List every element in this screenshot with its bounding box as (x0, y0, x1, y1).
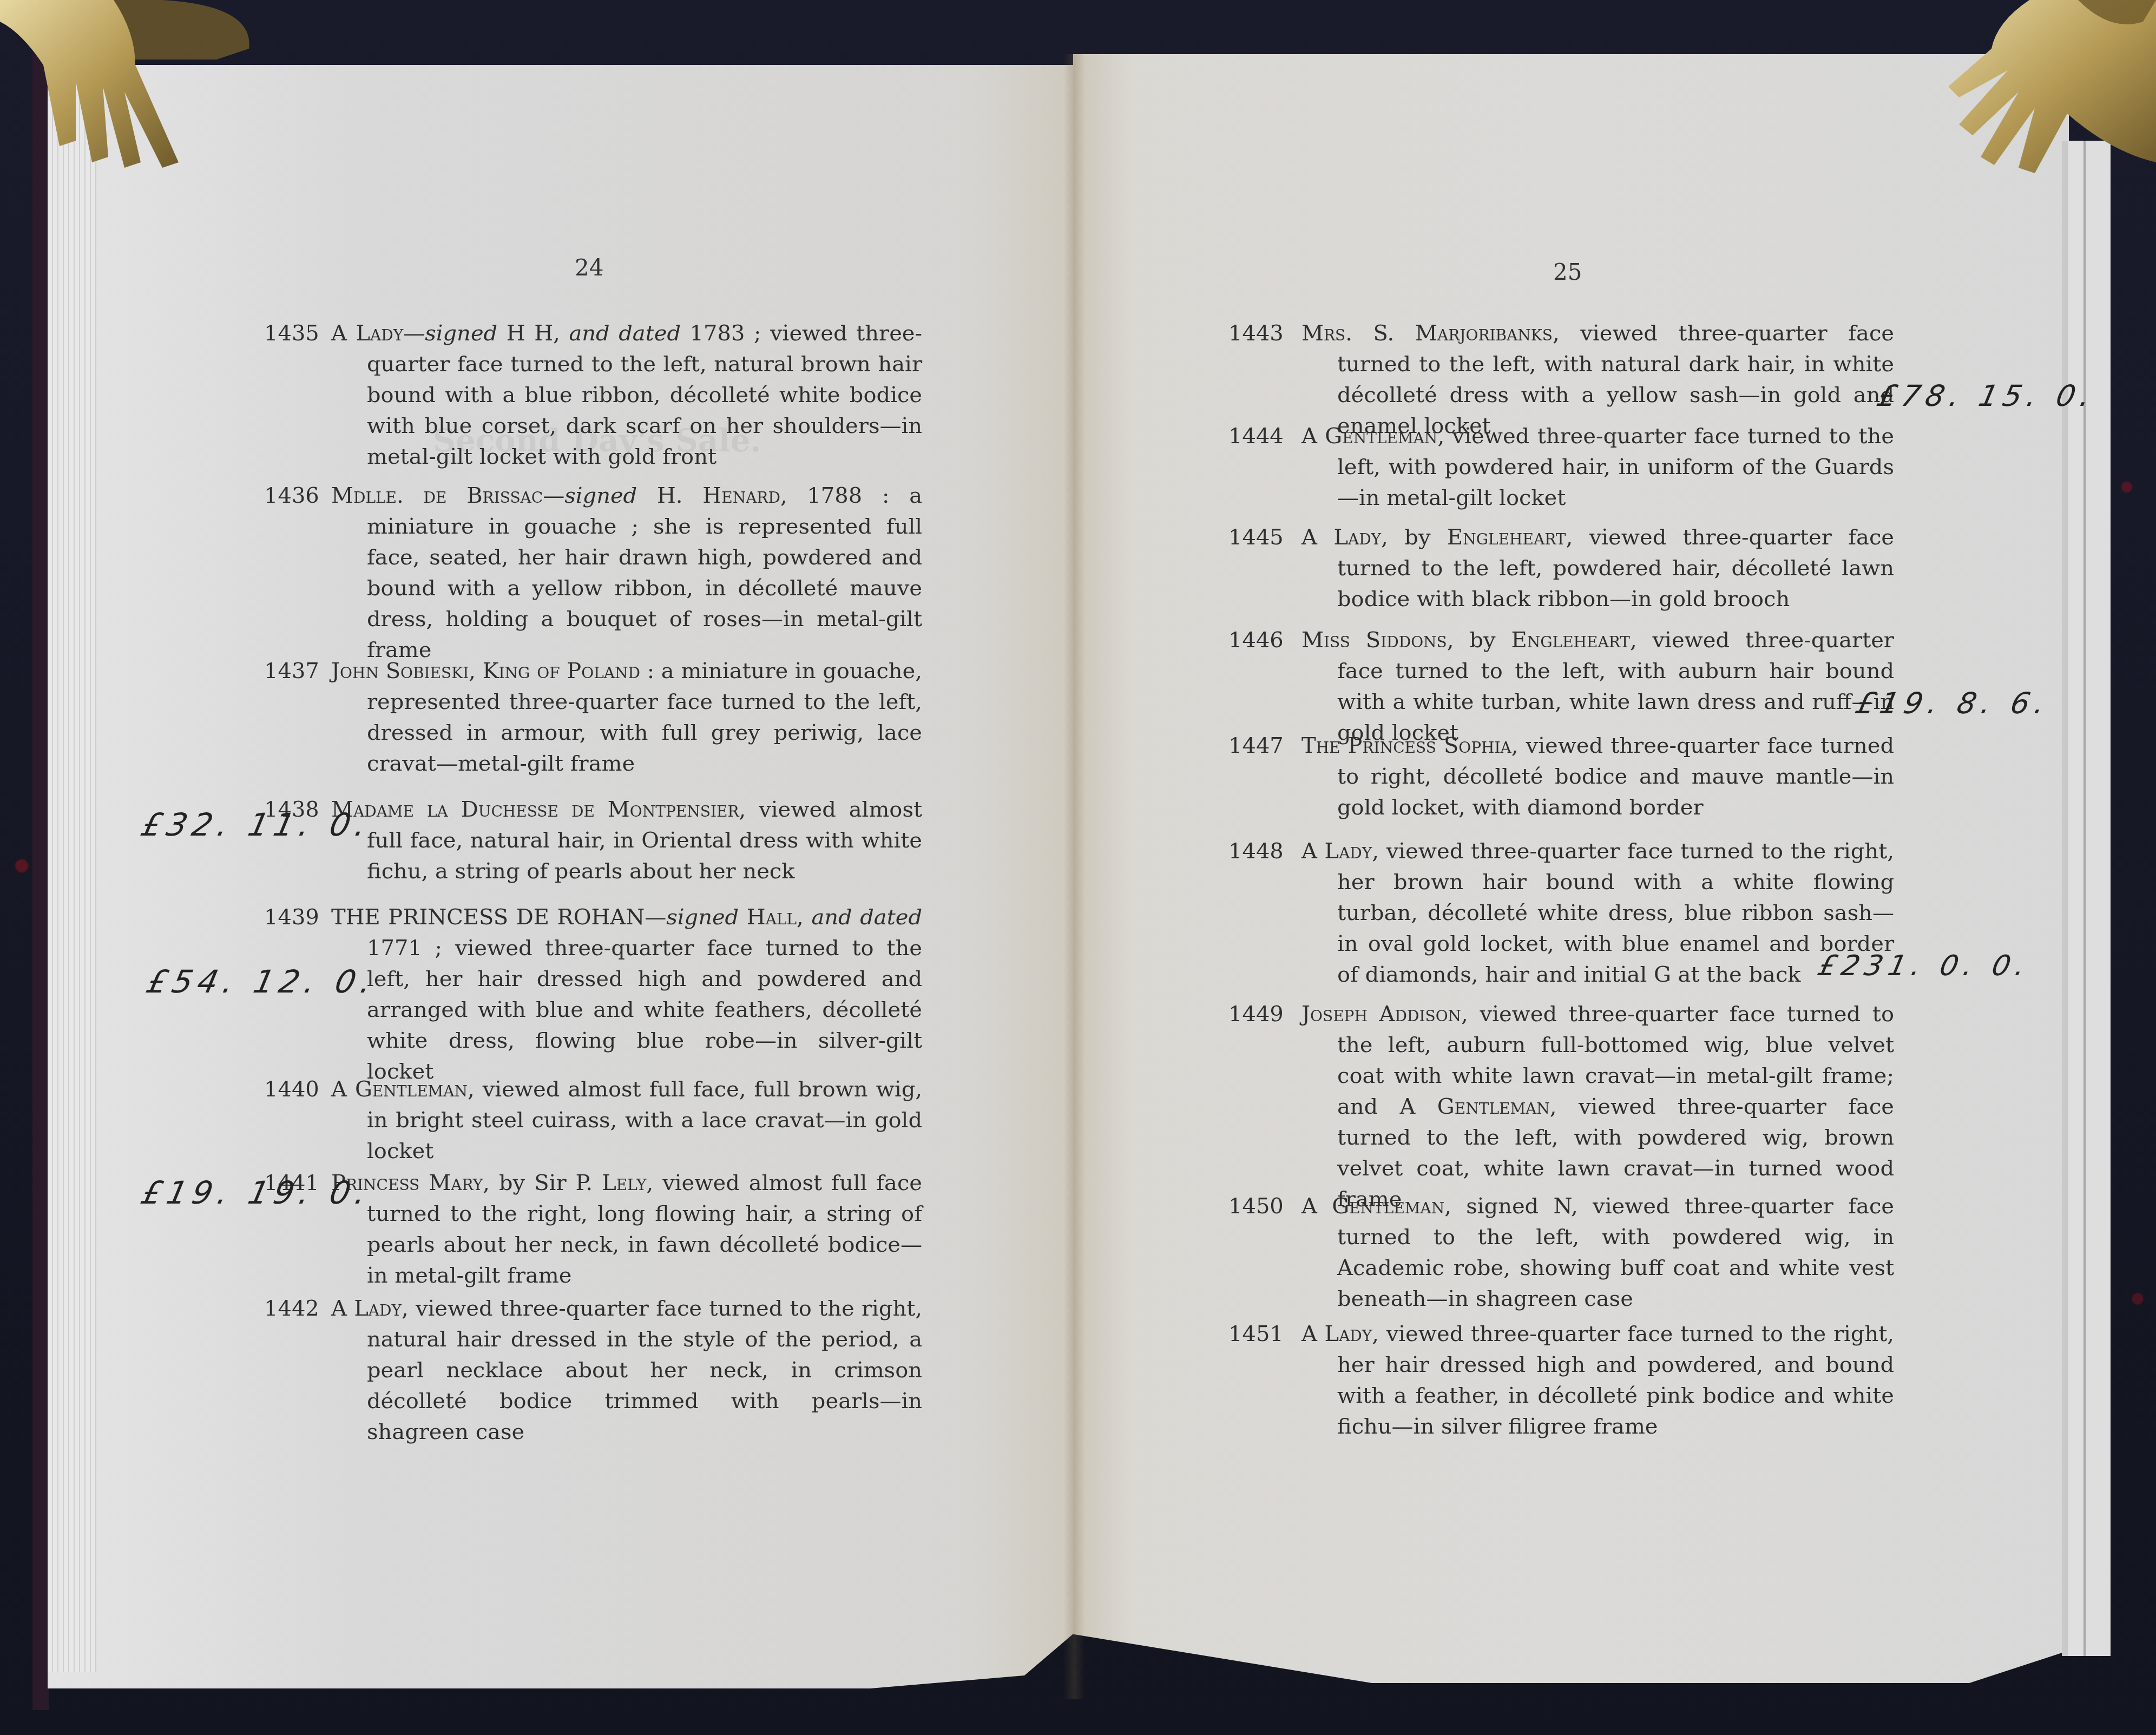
lot-number: 1439 (264, 902, 319, 933)
lot-number: 1448 (1228, 836, 1284, 867)
lot-number: 1450 (1228, 1191, 1284, 1222)
page-number-right: 25 (1553, 259, 1582, 285)
handwritten-price: £19. 8. 6. (1852, 686, 2053, 720)
book-gutter (1063, 54, 1085, 1699)
handwritten-price: £19. 19. 0. (138, 1174, 375, 1211)
lot-number: 1445 (1228, 522, 1284, 553)
lot-description: THE PRINCESS DE ROHAN—signed Hall, and d… (331, 902, 922, 1087)
brass-hand-clip-right-icon (1948, 0, 2156, 227)
lot-number: 1447 (1228, 731, 1284, 761)
lot-description: A Gentleman, signed N, viewed three-quar… (1302, 1191, 1894, 1315)
lot-number: 1436 (264, 481, 319, 511)
lot-description: A Lady, viewed three-quarter face turned… (331, 1293, 922, 1448)
lot-description: John Sobieski, King of Poland : a miniat… (331, 656, 922, 779)
lot-description: A Lady, by Engleheart, viewed three-quar… (1302, 522, 1894, 615)
lot-number: 1443 (1228, 318, 1284, 349)
lot-description: A Lady, viewed three-quarter face turned… (1302, 836, 1894, 990)
lot-description: A Lady—signed H H, and dated 1783 ; view… (331, 318, 922, 472)
handwritten-price: £78. 15. 0. (1874, 379, 2099, 413)
lot-description: Joseph Addison, viewed three-quarter fac… (1302, 999, 1894, 1215)
lot-description: The Princess Sophia, viewed three-quarte… (1302, 731, 1894, 823)
lot-number: 1442 (264, 1293, 319, 1324)
handwritten-price: £54. 12. 0. (143, 963, 380, 1000)
handwritten-price: £231. 0. 0. (1815, 950, 2034, 982)
lot-description: A Gentleman, viewed almost full face, fu… (331, 1074, 922, 1167)
lot-description: Miss Siddons, by Engleheart, viewed thre… (1302, 625, 1894, 748)
page-number-left: 24 (575, 254, 603, 281)
lot-number: 1446 (1228, 625, 1284, 656)
lot-description: A Lady, viewed three-quarter face turned… (1302, 1319, 1894, 1442)
handwritten-price: £32. 11. 0. (138, 806, 375, 843)
lot-number: 1437 (264, 656, 319, 687)
lot-description: Madame la Duchesse de Montpensier, viewe… (331, 794, 922, 887)
lot-number: 1444 (1228, 421, 1284, 452)
book-cover-edge (32, 54, 49, 1710)
left-page-stack (48, 87, 96, 1672)
brass-hand-clip-left-icon (0, 0, 260, 179)
lot-number: 1449 (1228, 999, 1284, 1030)
lot-description: A Gentleman, viewed three-quarter face t… (1302, 421, 1894, 514)
right-page-stack (2062, 141, 2111, 1656)
lot-number: 1451 (1228, 1319, 1284, 1350)
lot-number: 1435 (264, 318, 319, 349)
lot-description: Mdlle. de Brissac—signed H. Henard, 1788… (331, 481, 922, 666)
lot-number: 1440 (264, 1074, 319, 1105)
lot-description: Princess Mary, by Sir P. Lely, viewed al… (331, 1168, 922, 1291)
